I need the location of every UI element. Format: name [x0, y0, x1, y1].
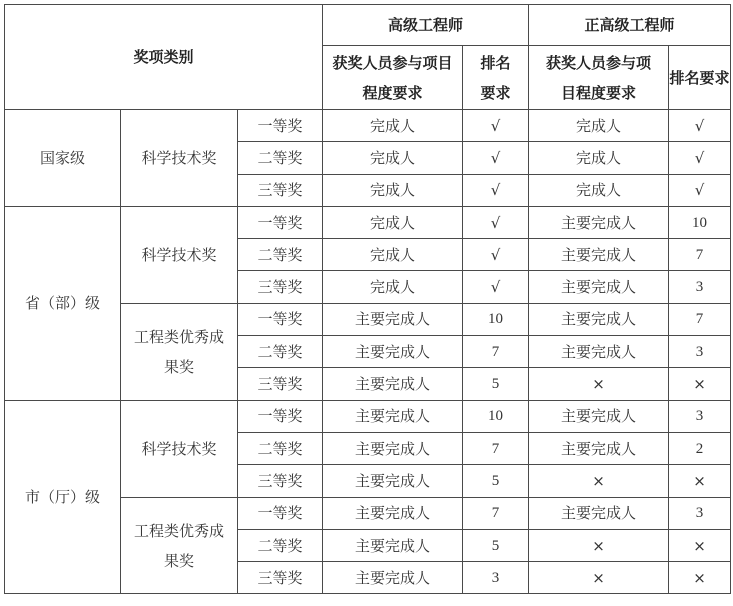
senior-participation-header: 获奖人员参与项目程度要求 — [323, 46, 463, 110]
senior-rank-cell: 7 — [463, 432, 529, 464]
table-row: 市（厅）级 科学技术奖 一等奖 主要完成人 10 主要完成人 3 — [5, 400, 731, 432]
senior-participation-cell: 完成人 — [323, 271, 463, 303]
professor-rank-cell: 10 — [669, 206, 731, 238]
professor-rank-cell: 3 — [669, 497, 731, 529]
grade-cell: 一等奖 — [238, 400, 323, 432]
award-type-cell: 工程类优秀成果奖 — [121, 303, 238, 400]
professor-rank-cell: 7 — [669, 303, 731, 335]
senior-rank-cell: √ — [463, 110, 529, 142]
professor-participation-cell: × — [529, 368, 669, 400]
grade-cell: 二等奖 — [238, 336, 323, 368]
senior-rank-cell: √ — [463, 271, 529, 303]
professor-rank-cell: 3 — [669, 400, 731, 432]
grade-cell: 二等奖 — [238, 432, 323, 464]
professor-participation-cell: 完成人 — [529, 142, 669, 174]
professor-participation-cell: 主要完成人 — [529, 432, 669, 464]
professor-rank-cell: 2 — [669, 432, 731, 464]
senior-rank-cell: √ — [463, 239, 529, 271]
senior-participation-cell: 主要完成人 — [323, 336, 463, 368]
header-row-top: 奖项类别 高级工程师 正高级工程师 — [5, 5, 731, 46]
grade-cell: 一等奖 — [238, 110, 323, 142]
table-row: 省（部）级 科学技术奖 一等奖 完成人 √ 主要完成人 10 — [5, 206, 731, 238]
senior-engineer-header: 高级工程师 — [323, 5, 529, 46]
senior-participation-cell: 主要完成人 — [323, 303, 463, 335]
senior-rank-cell: 10 — [463, 400, 529, 432]
senior-rank-cell: 5 — [463, 368, 529, 400]
grade-cell: 二等奖 — [238, 142, 323, 174]
professor-engineer-header: 正高级工程师 — [529, 5, 731, 46]
grade-cell: 二等奖 — [238, 529, 323, 561]
senior-rank-cell: 10 — [463, 303, 529, 335]
grade-cell: 一等奖 — [238, 303, 323, 335]
professor-participation-cell: 完成人 — [529, 174, 669, 206]
professor-rank-header: 排名要求 — [669, 46, 731, 110]
senior-participation-cell: 主要完成人 — [323, 465, 463, 497]
senior-rank-cell: √ — [463, 206, 529, 238]
award-type-cell: 科学技术奖 — [121, 206, 238, 303]
professor-rank-cell: 3 — [669, 336, 731, 368]
award-requirements-table: 奖项类别 高级工程师 正高级工程师 获奖人员参与项目程度要求 排名要求 获奖人员… — [4, 4, 731, 594]
professor-participation-cell: × — [529, 562, 669, 594]
senior-participation-cell: 主要完成人 — [323, 432, 463, 464]
award-type-cell: 科学技术奖 — [121, 110, 238, 207]
grade-cell: 三等奖 — [238, 368, 323, 400]
professor-rank-cell: √ — [669, 110, 731, 142]
senior-rank-header: 排名要求 — [463, 46, 529, 110]
senior-participation-cell: 完成人 — [323, 110, 463, 142]
professor-rank-cell: × — [669, 465, 731, 497]
senior-rank-cell: √ — [463, 142, 529, 174]
senior-rank-cell: √ — [463, 174, 529, 206]
grade-cell: 三等奖 — [238, 174, 323, 206]
senior-participation-cell: 主要完成人 — [323, 368, 463, 400]
senior-participation-cell: 完成人 — [323, 142, 463, 174]
professor-participation-cell: 主要完成人 — [529, 303, 669, 335]
level-cell: 市（厅）级 — [5, 400, 121, 594]
professor-rank-cell: × — [669, 562, 731, 594]
professor-participation-cell: 主要完成人 — [529, 271, 669, 303]
grade-cell: 一等奖 — [238, 206, 323, 238]
award-type-cell: 工程类优秀成果奖 — [121, 497, 238, 594]
professor-rank-cell: 3 — [669, 271, 731, 303]
level-cell: 国家级 — [5, 110, 121, 207]
table-row: 国家级 科学技术奖 一等奖 完成人 √ 完成人 √ — [5, 110, 731, 142]
senior-participation-cell: 主要完成人 — [323, 529, 463, 561]
senior-participation-cell: 主要完成人 — [323, 497, 463, 529]
professor-rank-cell: × — [669, 368, 731, 400]
professor-participation-cell: × — [529, 529, 669, 561]
award-type-cell: 科学技术奖 — [121, 400, 238, 497]
senior-rank-cell: 3 — [463, 562, 529, 594]
professor-participation-cell: 主要完成人 — [529, 239, 669, 271]
grade-cell: 三等奖 — [238, 465, 323, 497]
professor-rank-cell: √ — [669, 174, 731, 206]
senior-participation-cell: 完成人 — [323, 174, 463, 206]
professor-participation-cell: 主要完成人 — [529, 206, 669, 238]
professor-participation-cell: 主要完成人 — [529, 336, 669, 368]
grade-cell: 二等奖 — [238, 239, 323, 271]
professor-rank-cell: 7 — [669, 239, 731, 271]
grade-cell: 三等奖 — [238, 562, 323, 594]
professor-participation-cell: × — [529, 465, 669, 497]
award-category-header: 奖项类别 — [5, 5, 323, 110]
senior-rank-cell: 5 — [463, 529, 529, 561]
professor-rank-cell: × — [669, 529, 731, 561]
level-cell: 省（部）级 — [5, 206, 121, 400]
grade-cell: 一等奖 — [238, 497, 323, 529]
professor-participation-cell: 主要完成人 — [529, 400, 669, 432]
grade-cell: 三等奖 — [238, 271, 323, 303]
senior-rank-cell: 7 — [463, 497, 529, 529]
professor-rank-cell: √ — [669, 142, 731, 174]
senior-participation-cell: 完成人 — [323, 206, 463, 238]
senior-rank-cell: 7 — [463, 336, 529, 368]
senior-participation-cell: 完成人 — [323, 239, 463, 271]
professor-participation-cell: 完成人 — [529, 110, 669, 142]
senior-rank-cell: 5 — [463, 465, 529, 497]
professor-participation-header: 获奖人员参与项目程度要求 — [529, 46, 669, 110]
senior-participation-cell: 主要完成人 — [323, 562, 463, 594]
senior-participation-cell: 主要完成人 — [323, 400, 463, 432]
professor-participation-cell: 主要完成人 — [529, 497, 669, 529]
